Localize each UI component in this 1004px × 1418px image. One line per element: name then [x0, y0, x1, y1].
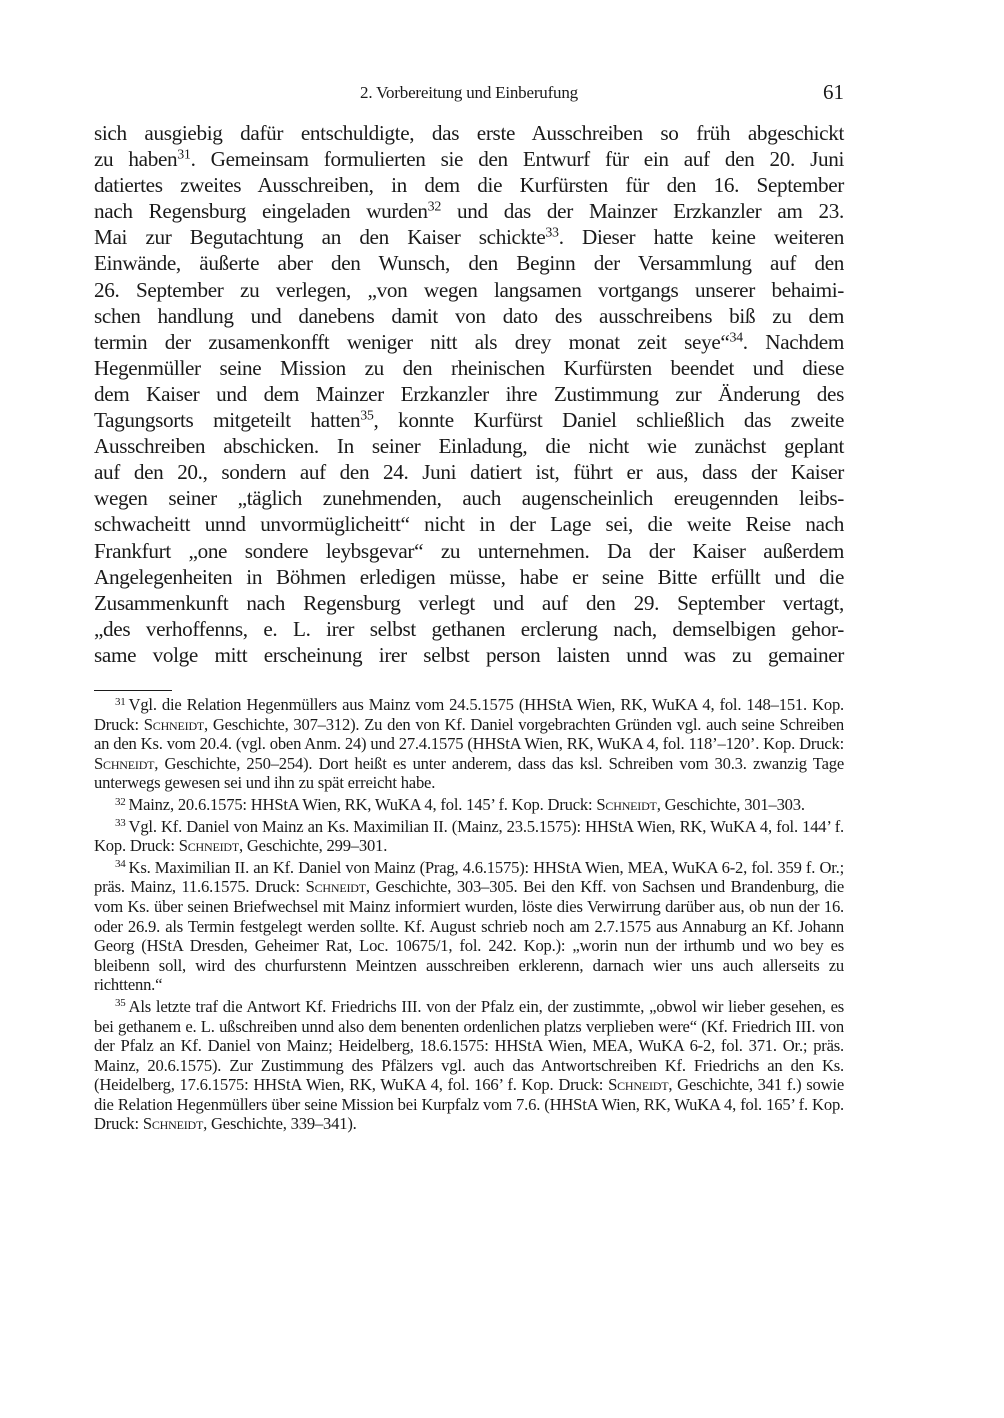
footnote-number: 35 [115, 997, 126, 1009]
text-line: zu haben31. Gemeinsam formulierten sie d… [94, 146, 844, 172]
footnote-33: 33Vgl. Kf. Daniel von Mainz an Ks. Maxim… [94, 817, 844, 856]
text-line: schen handlung und danebens damit von da… [94, 303, 844, 329]
author-smallcaps: Schneidt [596, 795, 656, 814]
footnote-number: 32 [115, 796, 126, 808]
footnote-separator [94, 690, 172, 691]
footnote-ref-35[interactable]: 35 [360, 408, 373, 423]
footnote-32: 32Mainz, 20.6.1575: HHStA Wien, RK, WuKA… [94, 795, 844, 815]
footnote-number: 33 [115, 817, 126, 829]
author-smallcaps: Schneidt [144, 715, 204, 734]
running-title: 2. Vorbereitung und Einberufung [94, 83, 844, 103]
text-line: schwacheitt unnd unvormüglicheitt“ nicht… [94, 511, 844, 537]
footnote-ref-32[interactable]: 32 [428, 200, 441, 215]
page-number: 61 [823, 80, 844, 105]
footnote-ref-31[interactable]: 31 [177, 147, 190, 162]
text-line: Hegenmüller seine Mission zu den rheinis… [94, 355, 844, 381]
text-line: wegen seiner „täglich zunehmenden, auch … [94, 485, 844, 511]
text-line: Angelegenheiten in Böhmen erledigen müss… [94, 564, 844, 590]
text-line: 26. September zu verlegen, „von wegen la… [94, 277, 844, 303]
text-line: Zusammenkunft nach Regensburg verlegt un… [94, 590, 844, 616]
footnote-number: 31 [115, 696, 126, 708]
footnote-31: 31Vgl. die Relation Hegenmüllers aus Mai… [94, 695, 844, 793]
text-line: termin der zusamenkonfft weniger nitt al… [94, 329, 844, 355]
text-line: nach Regensburg eingeladen wurden32 und … [94, 198, 844, 224]
text-line: sich ausgiebig dafür entschuldigte, das … [94, 120, 844, 146]
footnote-number: 34 [115, 858, 126, 870]
text-line: „des verhoffenns, e. L. irer selbst geth… [94, 616, 844, 642]
text-line: dem Kaiser und dem Mainzer Erzkanzler ih… [94, 381, 844, 407]
footnote-ref-33[interactable]: 33 [545, 226, 558, 241]
footnotes: 31Vgl. die Relation Hegenmüllers aus Mai… [94, 695, 844, 1136]
text-line: Einwände, äußerte aber den Wunsch, den B… [94, 250, 844, 276]
text-line: same volge mitt erscheinung irer selbst … [94, 642, 844, 668]
author-smallcaps: Schneidt [179, 836, 239, 855]
text-line: Ausschreiben abschicken. In seiner Einla… [94, 433, 844, 459]
author-smallcaps: Schneidt [94, 754, 154, 773]
footnote-34: 34Ks. Maximilian II. an Kf. Daniel von M… [94, 858, 844, 995]
text-line: datiertes zweites Ausschreiben, in dem d… [94, 172, 844, 198]
text-line: auf den 20., sondern auf den 24. Juni da… [94, 459, 844, 485]
text-line: Mai zur Begutachtung an den Kaiser schic… [94, 224, 844, 250]
footnote-ref-34[interactable]: 34 [729, 330, 742, 345]
author-smallcaps: Schneidt [306, 877, 366, 896]
text-line: Frankfurt „one sondere leybsgevar“ zu un… [94, 538, 844, 564]
footnote-35: 35Als letzte traf die Antwort Kf. Friedr… [94, 997, 844, 1134]
author-smallcaps: Schneidt [143, 1114, 203, 1133]
main-text: sich ausgiebig dafür entschuldigte, das … [94, 120, 844, 668]
text-line: Tagungsorts mitgeteilt hatten35, konnte … [94, 407, 844, 433]
author-smallcaps: Schneidt [608, 1075, 668, 1094]
running-head: 2. Vorbereitung und Einberufung 61 [94, 80, 844, 108]
